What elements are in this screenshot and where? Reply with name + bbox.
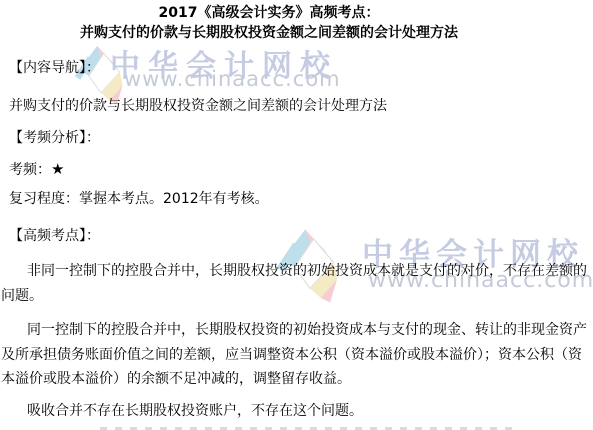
page-title-line2: 并购支付的价款与长期股权投资金额之间差额的会计处理方法 bbox=[0, 25, 538, 41]
paragraph-line: 问题。 bbox=[1, 288, 43, 304]
paragraph-line: 及所承担债务账面价值之间的差额，应当调整资本公积（资本溢价或股本溢价）；资本公积… bbox=[1, 347, 582, 363]
content-nav-item: 并购支付的价款与长期股权投资金额之间差额的会计处理方法 bbox=[9, 98, 387, 114]
paragraph-line: 本溢价或股本溢价）的余额不足冲减的，调整留存收益。 bbox=[1, 371, 351, 387]
freq-label: 考频： bbox=[9, 162, 51, 178]
section-header-hot-points: 【高频考点】： bbox=[9, 228, 100, 244]
watermark-url-text: www.chinaacc.com bbox=[124, 67, 341, 91]
paragraph-line: 非同一控制下的控股合并中，长期股权投资的初始投资成本就是支付的对价，不存在差额的 bbox=[27, 263, 587, 279]
paragraph-line: 吸收合并不存在长期股权投资账户，不存在这个问题。 bbox=[27, 403, 363, 419]
paragraph-line: 同一控制下的控股合并中，长期股权投资的初始投资成本与支付的现金、转让的非现金资产 bbox=[27, 322, 587, 338]
star-icon: ★ bbox=[51, 160, 64, 178]
document-page: 中华会计网校 www.chinaacc.com 中华会计网校 www.china… bbox=[0, 0, 593, 430]
section-header-freq-analysis: 【考频分析】： bbox=[9, 130, 100, 146]
section-header-content-nav: 【内容导航】： bbox=[9, 60, 100, 76]
freq-line: 考频：★ bbox=[9, 161, 64, 178]
review-line: 复习程度：掌握本考点。2012年有考核。 bbox=[9, 191, 269, 207]
page-title-line1: 2017《高级会计实务》高频考点： bbox=[0, 5, 538, 21]
